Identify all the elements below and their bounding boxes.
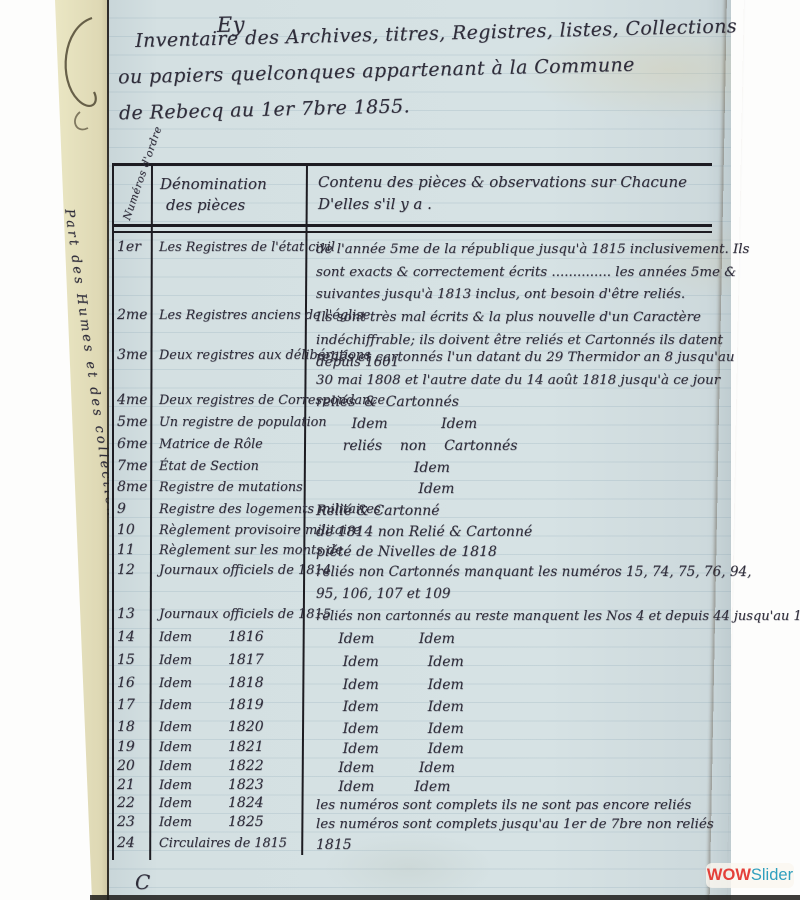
row-denomination: Journaux officiels de 1815 — [159, 606, 329, 622]
table-row: 23Idem1825les numéros sont complets jusq… — [112, 814, 757, 834]
row-observation: reliés et cartonnés l'un datant du 29 Th… — [316, 347, 750, 392]
row-denomination: Les Registres anciens de l'église — [159, 307, 329, 323]
table-row: 22Idem1824les numéros sont complets ils … — [112, 795, 757, 815]
row-number: 10 — [117, 522, 159, 538]
wowslider-watermark[interactable]: WOWSlider — [706, 863, 794, 888]
adjacent-page-edge: Part des Humes et des collections — [0, 0, 110, 900]
table-row: 20Idem1822 Idem Idem — [112, 758, 757, 778]
scanned-document-photo: Part des Humes et des collections C Ey I… — [0, 0, 800, 900]
row-observation: Idem Idem — [316, 629, 756, 651]
row-denomination: Circulaires de 1815 — [159, 835, 329, 851]
row-number: 4me — [117, 392, 159, 408]
row-number: 15 — [117, 652, 159, 668]
row-number: 17 — [117, 697, 159, 713]
row-denomination: Deux registres de Correspondance — [159, 392, 329, 408]
table-row: 7meÉtat de Section Idem — [112, 458, 757, 478]
table-header-rule-2 — [112, 231, 712, 233]
row-number: 13 — [117, 606, 159, 622]
row-denomination: Idem1821 — [159, 739, 329, 755]
row-denomination: Idem1818 — [159, 675, 329, 691]
table-row: 11Règlement sur les monts depiété de Niv… — [112, 542, 757, 562]
table-row: 10Règlement provisoire militairede 1814 … — [112, 522, 757, 542]
row-number: 21 — [117, 777, 159, 793]
table-border-top — [112, 163, 712, 166]
row-number: 8me — [117, 479, 159, 495]
row-number: 14 — [117, 629, 159, 645]
row-number: 18 — [117, 719, 159, 735]
column-header-denomination: Dénomination des pièces — [160, 174, 267, 216]
row-observation: Idem Idem — [316, 697, 756, 719]
table-row: 1erLes Registres de l'état civilde l'ann… — [112, 239, 757, 259]
table-row: 8meRegistre de mutations Idem — [112, 479, 757, 499]
watermark-wow: WOW — [707, 866, 751, 885]
row-denomination: Matrice de Rôle — [159, 436, 329, 452]
row-number: 11 — [117, 542, 159, 558]
table-row: 3meDeux registres aux délibérationsrelié… — [112, 347, 757, 367]
row-number: 12 — [117, 562, 159, 578]
table-row: 16Idem1818 Idem Idem — [112, 675, 757, 695]
row-observation: reliés non Cartonnés manquant les numéro… — [316, 562, 764, 605]
row-observation: Idem Idem — [316, 652, 756, 674]
row-observation: Relié & Cartonné — [316, 501, 756, 523]
row-observation: les numéros sont complets jusqu'au 1er d… — [316, 814, 756, 836]
row-denomination: État de Section — [159, 458, 329, 474]
row-number: 22 — [117, 795, 159, 811]
table-row: 4meDeux registres de Correspondancerelié… — [112, 392, 757, 412]
watermark-slider: Slider — [751, 866, 793, 885]
row-denomination: Idem1816 — [159, 629, 329, 645]
row-denomination: Idem1823 — [159, 777, 329, 793]
row-denomination: Idem1824 — [159, 795, 329, 811]
ink-ghost-letter: C — [135, 870, 150, 894]
title-flourish: Ey — [216, 6, 245, 43]
table-row: 2meLes Registres anciens de l'égliseIls … — [112, 307, 757, 327]
row-denomination: Deux registres aux délibérations — [159, 347, 329, 363]
row-denomination: Registre des logements militaires — [159, 501, 329, 517]
row-number: 6me — [117, 436, 159, 452]
row-denomination: Idem1819 — [159, 697, 329, 713]
header-contents-line2: D'elles s'il y a . — [318, 193, 687, 215]
row-denomination: Idem1822 — [159, 758, 329, 774]
row-number: 20 — [117, 758, 159, 774]
row-number: 7me — [117, 458, 159, 474]
row-number: 9 — [117, 501, 159, 517]
table-row: 15Idem1817 Idem Idem — [112, 652, 757, 672]
row-denomination: Règlement sur les monts de — [159, 542, 329, 558]
table-row: 9Registre des logements militairesRelié … — [112, 501, 757, 521]
table-row: 18Idem1820 Idem Idem — [112, 719, 757, 739]
table-row: 12Journaux officiels de 1814reliés non C… — [112, 562, 757, 582]
row-denomination: Idem1820 — [159, 719, 329, 735]
row-observation: Idem — [316, 458, 756, 480]
table-header-rule — [112, 224, 712, 227]
header-denomination-line1: Dénomination — [160, 174, 267, 195]
flourish-mark — [0, 0, 110, 260]
row-number: 24 — [117, 835, 159, 851]
row-denomination: Règlement provisoire militaire — [159, 522, 329, 538]
table-row: 17Idem1819 Idem Idem — [112, 697, 757, 717]
table-row: 24Circulaires de 18151815 — [112, 835, 757, 855]
header-denomination-line2: des pièces — [166, 195, 267, 216]
table-row: 19Idem1821 Idem Idem — [112, 739, 757, 759]
row-observation: de 1814 non Relié & Cartonné — [316, 522, 756, 544]
row-number: 1er — [117, 239, 159, 255]
table-row: 13Journaux officiels de 1815reliés non c… — [112, 606, 757, 626]
row-denomination: Registre de mutations — [159, 479, 329, 495]
row-denomination: Les Registres de l'état civil — [159, 239, 329, 255]
row-number: 5me — [117, 414, 159, 430]
row-denomination: Idem1817 — [159, 652, 329, 668]
row-denomination: Un registre de population — [159, 414, 329, 430]
row-number: 23 — [117, 814, 159, 830]
row-number: 16 — [117, 675, 159, 691]
row-observation: de l'année 5me de la république jusqu'à … — [316, 239, 750, 307]
row-number: 2me — [117, 307, 159, 323]
row-observation: reliés non Cartonnés — [316, 436, 756, 458]
row-denomination: Idem1825 — [159, 814, 329, 830]
table-row: 5meUn registre de population Idem Idem — [112, 414, 757, 434]
header-contents-line1: Contenu des pièces & observations sur Ch… — [318, 171, 687, 193]
row-observation: Idem Idem — [316, 675, 756, 697]
row-number: 3me — [117, 347, 159, 363]
row-observation: Idem Idem — [316, 414, 756, 436]
row-observation: Idem — [316, 479, 756, 501]
row-denomination: Journaux officiels de 1814 — [159, 562, 329, 578]
row-observation: piété de Nivelles de 1818 — [316, 542, 756, 564]
document-title: Ey Inventaire des Archives, titres, Regi… — [117, 9, 725, 132]
table-row: 6meMatrice de Rôle reliés non Cartonnés — [112, 436, 757, 456]
column-header-contents: Contenu des pièces & observations sur Ch… — [318, 171, 687, 215]
row-observation: 1815 — [316, 835, 756, 857]
table-row: 14Idem1816 Idem Idem — [112, 629, 757, 649]
table-row: 21Idem1823 Idem Idem — [112, 777, 757, 797]
row-observation: reliés non cartonnés au reste manquent l… — [316, 606, 756, 628]
photo-bottom-edge — [90, 895, 800, 900]
row-observation: reliés & Cartonnés — [316, 392, 756, 414]
row-observation: Idem Idem — [316, 719, 756, 741]
row-number: 19 — [117, 739, 159, 755]
